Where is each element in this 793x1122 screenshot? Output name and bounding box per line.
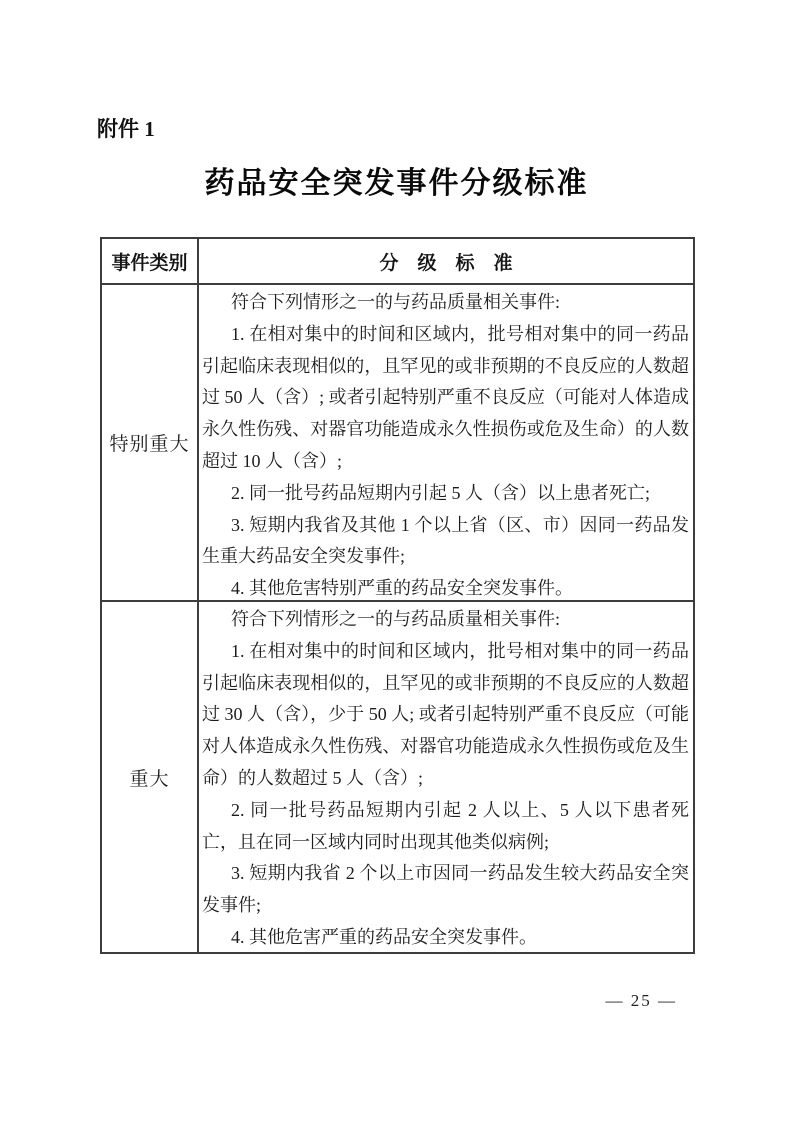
- header-grading-standard: 分 级 标 准: [198, 238, 694, 284]
- criteria-paragraph: 2. 同一批号药品短期内引起 5 人（含）以上患者死亡;: [202, 478, 689, 510]
- table-header-row: 事件类别 分 级 标 准: [101, 238, 694, 284]
- criteria-cell-extremely-major: 符合下列情形之一的与药品质量相关事件: 1. 在相对集中的时间和区域内，批号相对…: [198, 284, 694, 601]
- criteria-text-block: 符合下列情形之一的与药品质量相关事件: 1. 在相对集中的时间和区域内，批号相对…: [199, 602, 693, 952]
- criteria-cell-major: 符合下列情形之一的与药品质量相关事件: 1. 在相对集中的时间和区域内，批号相对…: [198, 601, 694, 953]
- table-row-major: 重大 符合下列情形之一的与药品质量相关事件: 1. 在相对集中的时间和区域内，批…: [101, 601, 694, 953]
- criteria-paragraph: 2. 同一批号药品短期内引起 2 人以上、5 人以下患者死亡，且在同一区域内同时…: [202, 795, 689, 859]
- table-row-extremely-major: 特别重大 符合下列情形之一的与药品质量相关事件: 1. 在相对集中的时间和区域内…: [101, 284, 694, 601]
- category-cell-major: 重大: [101, 601, 198, 953]
- criteria-text-block: 符合下列情形之一的与药品质量相关事件: 1. 在相对集中的时间和区域内，批号相对…: [199, 285, 693, 600]
- criteria-paragraph: 3. 短期内我省 2 个以上市因同一药品发生较大药品安全突发事件;: [202, 858, 689, 922]
- criteria-paragraph: 1. 在相对集中的时间和区域内，批号相对集中的同一药品引起临床表现相似的，且罕见…: [202, 319, 689, 478]
- criteria-paragraph: 4. 其他危害严重的药品安全突发事件。: [202, 922, 689, 952]
- page-number: — 25 —: [606, 991, 678, 1011]
- criteria-paragraph: 3. 短期内我省及其他 1 个以上省（区、市）因同一药品发生重大药品安全突发事件…: [202, 510, 689, 574]
- criteria-paragraph: 1. 在相对集中的时间和区域内，批号相对集中的同一药品引起临床表现相似的，且罕见…: [202, 636, 689, 795]
- criteria-paragraph: 4. 其他危害特别严重的药品安全突发事件。: [202, 573, 689, 600]
- document-title: 药品安全突发事件分级标准: [0, 162, 793, 206]
- category-cell-extremely-major: 特别重大: [101, 284, 198, 601]
- criteria-paragraph: 符合下列情形之一的与药品质量相关事件:: [202, 604, 689, 636]
- criteria-paragraph: 符合下列情形之一的与药品质量相关事件:: [202, 287, 689, 319]
- document-page: 附件 1 药品安全突发事件分级标准 事件类别 分 级 标 准 特别重大 符合下列…: [0, 0, 793, 1122]
- attachment-label: 附件 1: [97, 114, 155, 144]
- classification-table: 事件类别 分 级 标 准 特别重大 符合下列情形之一的与药品质量相关事件: 1.…: [100, 237, 695, 954]
- header-event-category: 事件类别: [101, 238, 198, 284]
